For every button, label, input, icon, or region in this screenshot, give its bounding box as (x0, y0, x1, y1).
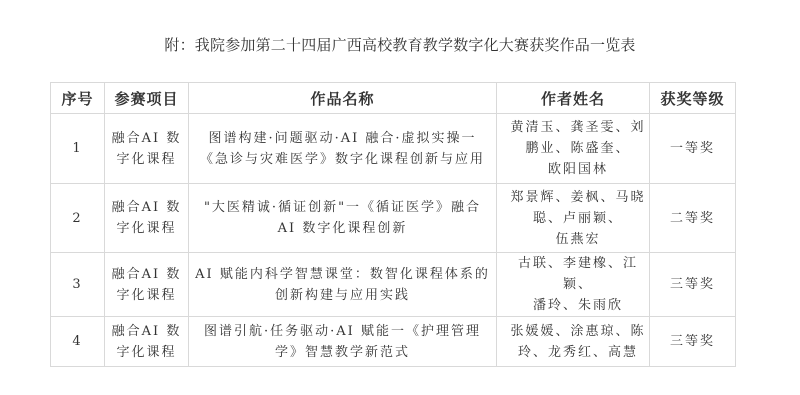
header-work-title: 作品名称 (189, 83, 497, 114)
table-header-row: 序号 参赛项目 作品名称 作者姓名 获奖等级 (51, 83, 736, 114)
category-line: 融合AI 数 (105, 264, 188, 285)
row-category: 融合AI 数 字化课程 (105, 253, 189, 317)
header-index: 序号 (51, 83, 105, 114)
category-line: 字化课程 (105, 149, 188, 170)
authors-line: 伍燕宏 (507, 229, 649, 250)
work-title-line: 《急诊与灾难医学》数字化课程创新与应用 (189, 149, 496, 170)
authors-line: 潘玲、朱雨欣 (507, 295, 649, 316)
row-award: 三等奖 (650, 253, 736, 317)
header-category: 参赛项目 (105, 83, 189, 114)
table-row: 3 融合AI 数 字化课程 AI 赋能内科学智慧课堂：数智化课程体系的 创新构建… (51, 253, 736, 317)
row-index: 1 (51, 114, 105, 184)
work-title-line: AI 数字化课程创新 (189, 218, 496, 239)
authors-line: 聪、卢丽颖、 (507, 208, 649, 229)
authors-line: 欧阳国林 (507, 159, 649, 180)
header-authors: 作者姓名 (497, 83, 650, 114)
row-work-title: AI 赋能内科学智慧课堂：数智化课程体系的 创新构建与应用实践 (189, 253, 497, 317)
row-authors: 郑景辉、姜枫、马晓 聪、卢丽颖、 伍燕宏 (497, 184, 650, 253)
category-line: 字化课程 (105, 342, 188, 363)
category-line: 字化课程 (105, 218, 188, 239)
row-work-title: 图谱引航·任务驱动·AI 赋能一《护理管理 学》智慧教学新范式 (189, 317, 497, 367)
awards-table: 序号 参赛项目 作品名称 作者姓名 获奖等级 1 融合AI 数 字化课程 图谱构… (50, 82, 736, 367)
row-award: 一等奖 (650, 114, 736, 184)
authors-line: 黄清玉、龚圣雯、刘 (507, 117, 649, 138)
authors-line: 古联、李建橡、江颖、 (507, 253, 649, 295)
document-title: 附：我院参加第二十四届广西高校教育教学数字化大赛获奖作品一览表 (0, 34, 800, 55)
authors-line: 张媛媛、涂惠琼、陈 (507, 321, 649, 342)
row-work-title: 图谱构建·问题驱动·AI 融合·虚拟实操一 《急诊与灾难医学》数字化课程创新与应… (189, 114, 497, 184)
category-line: 融合AI 数 (105, 321, 188, 342)
work-title-line: "大医精诚·循证创新"一《循证医学》融合 (189, 197, 496, 218)
row-authors: 古联、李建橡、江颖、 潘玲、朱雨欣 (497, 253, 650, 317)
table-row: 1 融合AI 数 字化课程 图谱构建·问题驱动·AI 融合·虚拟实操一 《急诊与… (51, 114, 736, 184)
category-line: 融合AI 数 (105, 197, 188, 218)
row-authors: 张媛媛、涂惠琼、陈 玲、龙秀红、高慧 (497, 317, 650, 367)
row-category: 融合AI 数 字化课程 (105, 114, 189, 184)
row-index: 2 (51, 184, 105, 253)
work-title-line: 图谱构建·问题驱动·AI 融合·虚拟实操一 (189, 128, 496, 149)
table-row: 2 融合AI 数 字化课程 "大医精诚·循证创新"一《循证医学》融合 AI 数字… (51, 184, 736, 253)
row-authors: 黄清玉、龚圣雯、刘 鹏业、陈盛奎、 欧阳国林 (497, 114, 650, 184)
row-category: 融合AI 数 字化课程 (105, 184, 189, 253)
row-award: 二等奖 (650, 184, 736, 253)
work-title-line: AI 赋能内科学智慧课堂：数智化课程体系的 (189, 264, 496, 285)
row-category: 融合AI 数 字化课程 (105, 317, 189, 367)
authors-line: 郑景辉、姜枫、马晓 (507, 187, 649, 208)
row-work-title: "大医精诚·循证创新"一《循证医学》融合 AI 数字化课程创新 (189, 184, 497, 253)
category-line: 融合AI 数 (105, 128, 188, 149)
header-award: 获奖等级 (650, 83, 736, 114)
row-index: 3 (51, 253, 105, 317)
row-index: 4 (51, 317, 105, 367)
table-row: 4 融合AI 数 字化课程 图谱引航·任务驱动·AI 赋能一《护理管理 学》智慧… (51, 317, 736, 367)
work-title-line: 图谱引航·任务驱动·AI 赋能一《护理管理 (189, 321, 496, 342)
category-line: 字化课程 (105, 285, 188, 306)
work-title-line: 学》智慧教学新范式 (189, 342, 496, 363)
authors-line: 鹏业、陈盛奎、 (507, 138, 649, 159)
work-title-line: 创新构建与应用实践 (189, 285, 496, 306)
authors-line: 玲、龙秀红、高慧 (507, 342, 649, 363)
row-award: 三等奖 (650, 317, 736, 367)
